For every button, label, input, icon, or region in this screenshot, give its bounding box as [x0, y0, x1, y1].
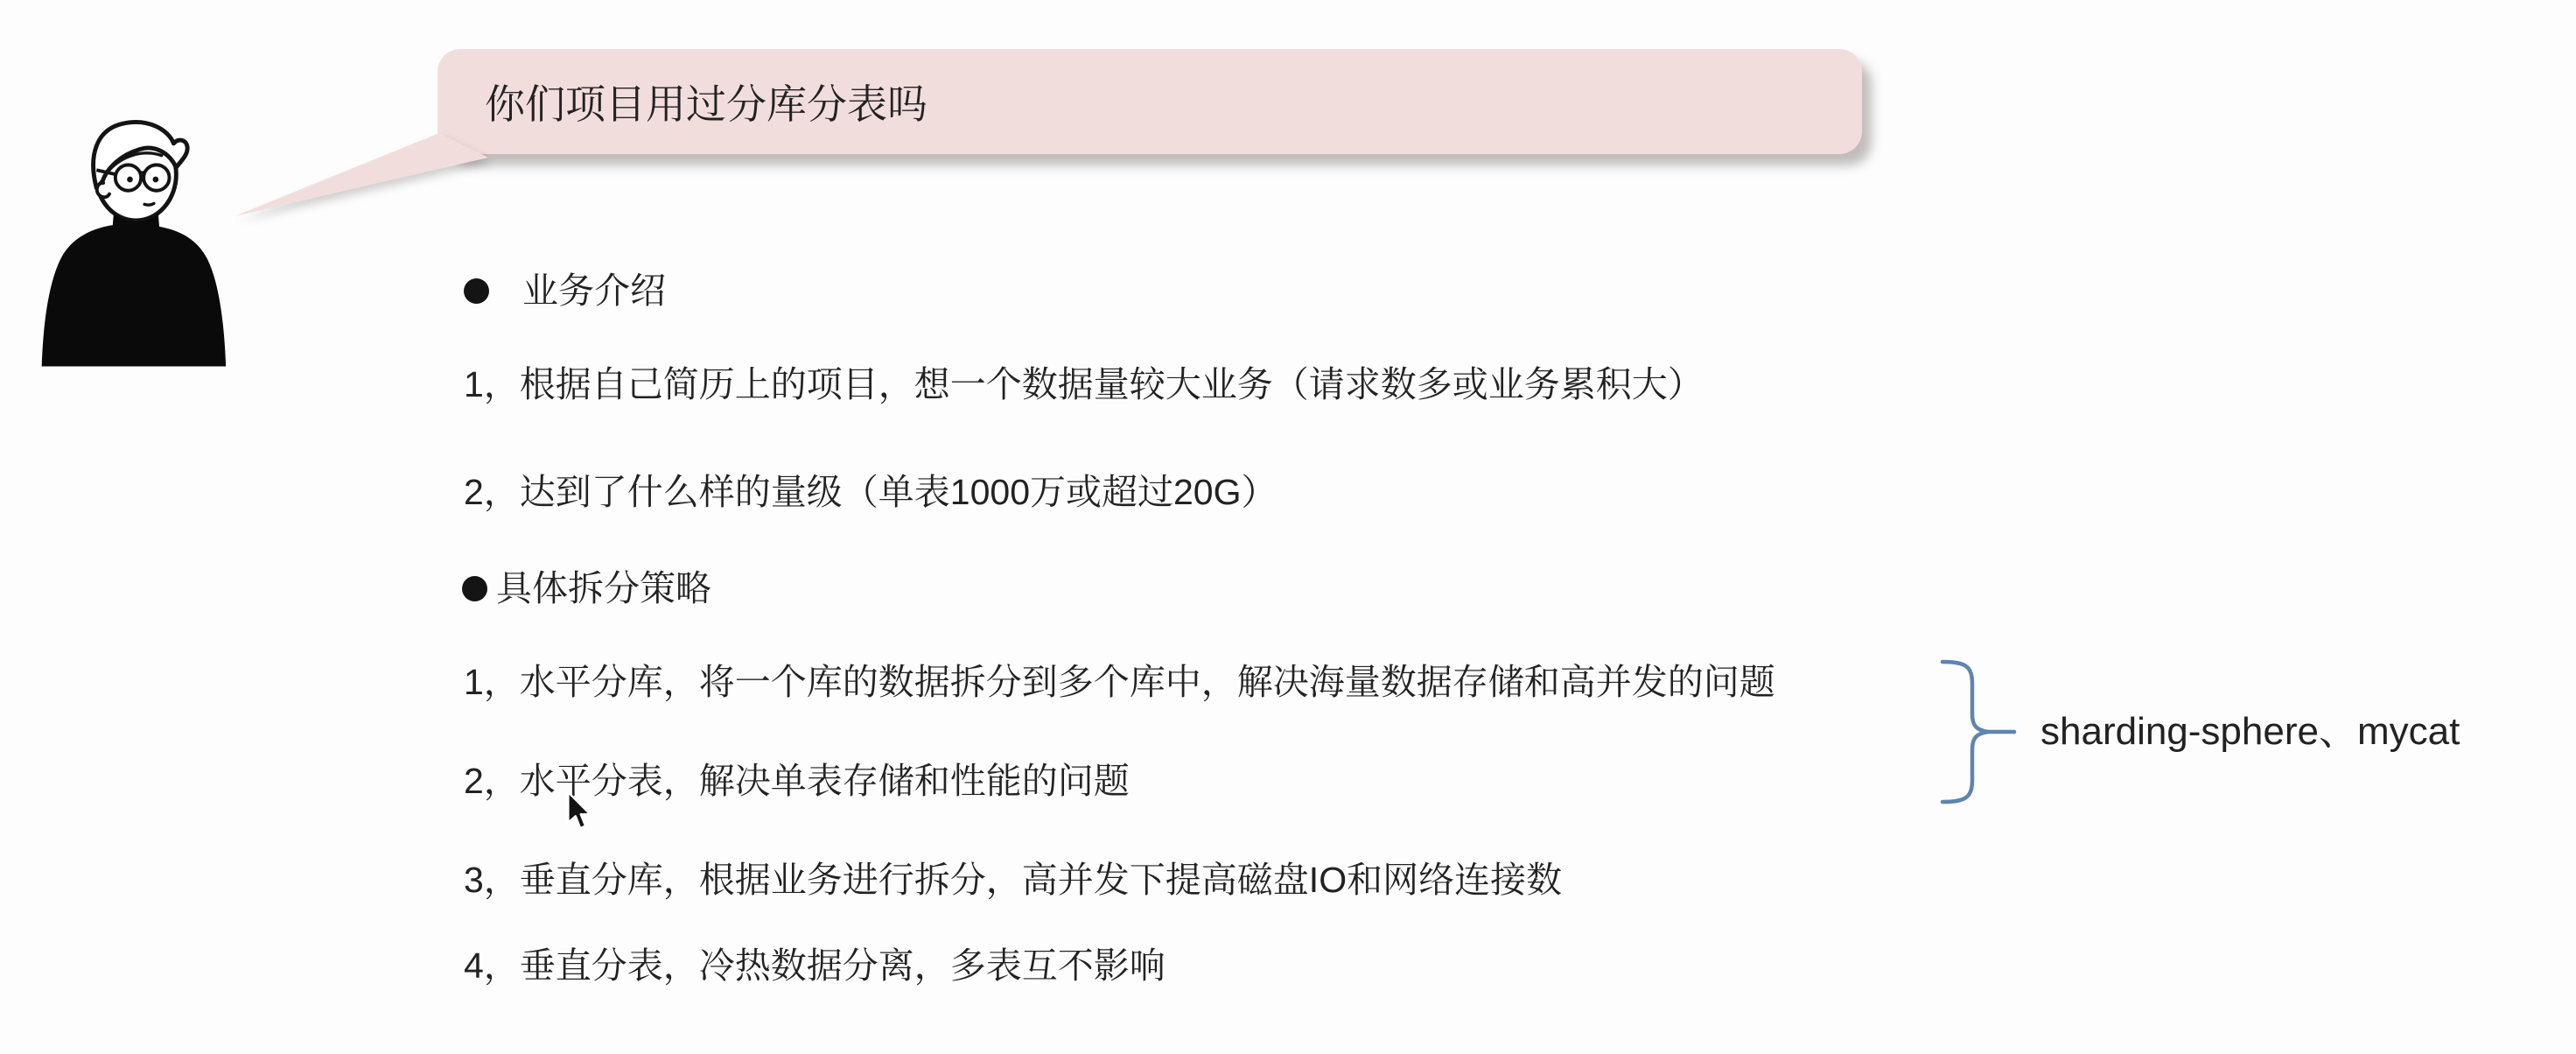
- person-eye-left: [127, 177, 133, 183]
- section-heading-split-strategy: 具体拆分策略: [462, 566, 711, 611]
- section-heading-text: 具体拆分策略: [496, 566, 711, 611]
- section-heading-text: 业务介绍: [522, 268, 666, 313]
- list-item: 2，达到了什么样的量级（单表1000万或超过20G）: [464, 469, 1277, 515]
- brace-annotation-text: sharding-sphere、mycat: [2040, 708, 2460, 755]
- person-illustration: [26, 103, 232, 379]
- person-mouth: [144, 203, 154, 205]
- person-eye-right: [153, 177, 159, 183]
- list-item: 2，水平分表，解决单表存储和性能的问题: [464, 758, 1130, 804]
- list-item: 1，根据自己简历上的项目，想一个数据量较大业务（请求数多或业务累积大）: [464, 362, 1704, 407]
- person-body: [42, 224, 227, 367]
- list-item: 4，垂直分表，冷热数据分离，多表互不影响: [464, 943, 1165, 988]
- bullet-icon: [464, 278, 489, 304]
- list-item: 3，垂直分库，根据业务进行拆分，高并发下提高磁盘IO和网络连接数: [464, 857, 1562, 903]
- speech-bubble: 你们项目用过分库分表吗: [437, 49, 1862, 154]
- bullet-icon: [462, 576, 487, 601]
- speech-bubble-text: 你们项目用过分库分表吗: [437, 73, 927, 130]
- section-heading-business-intro: 业务介绍: [464, 268, 666, 313]
- mouse-cursor-icon: [565, 790, 595, 833]
- speech-bubble-tail-icon: [219, 118, 507, 232]
- curly-brace-icon: [1935, 657, 2019, 807]
- list-item: 1，水平分库，将一个库的数据拆分到多个库中，解决海量数据存储和高并发的问题: [464, 659, 1775, 705]
- slide: 你们项目用过分库分表吗 业务介绍 1，根据自己简历上的项目，想一个数据量较大业务…: [0, 0, 2576, 1054]
